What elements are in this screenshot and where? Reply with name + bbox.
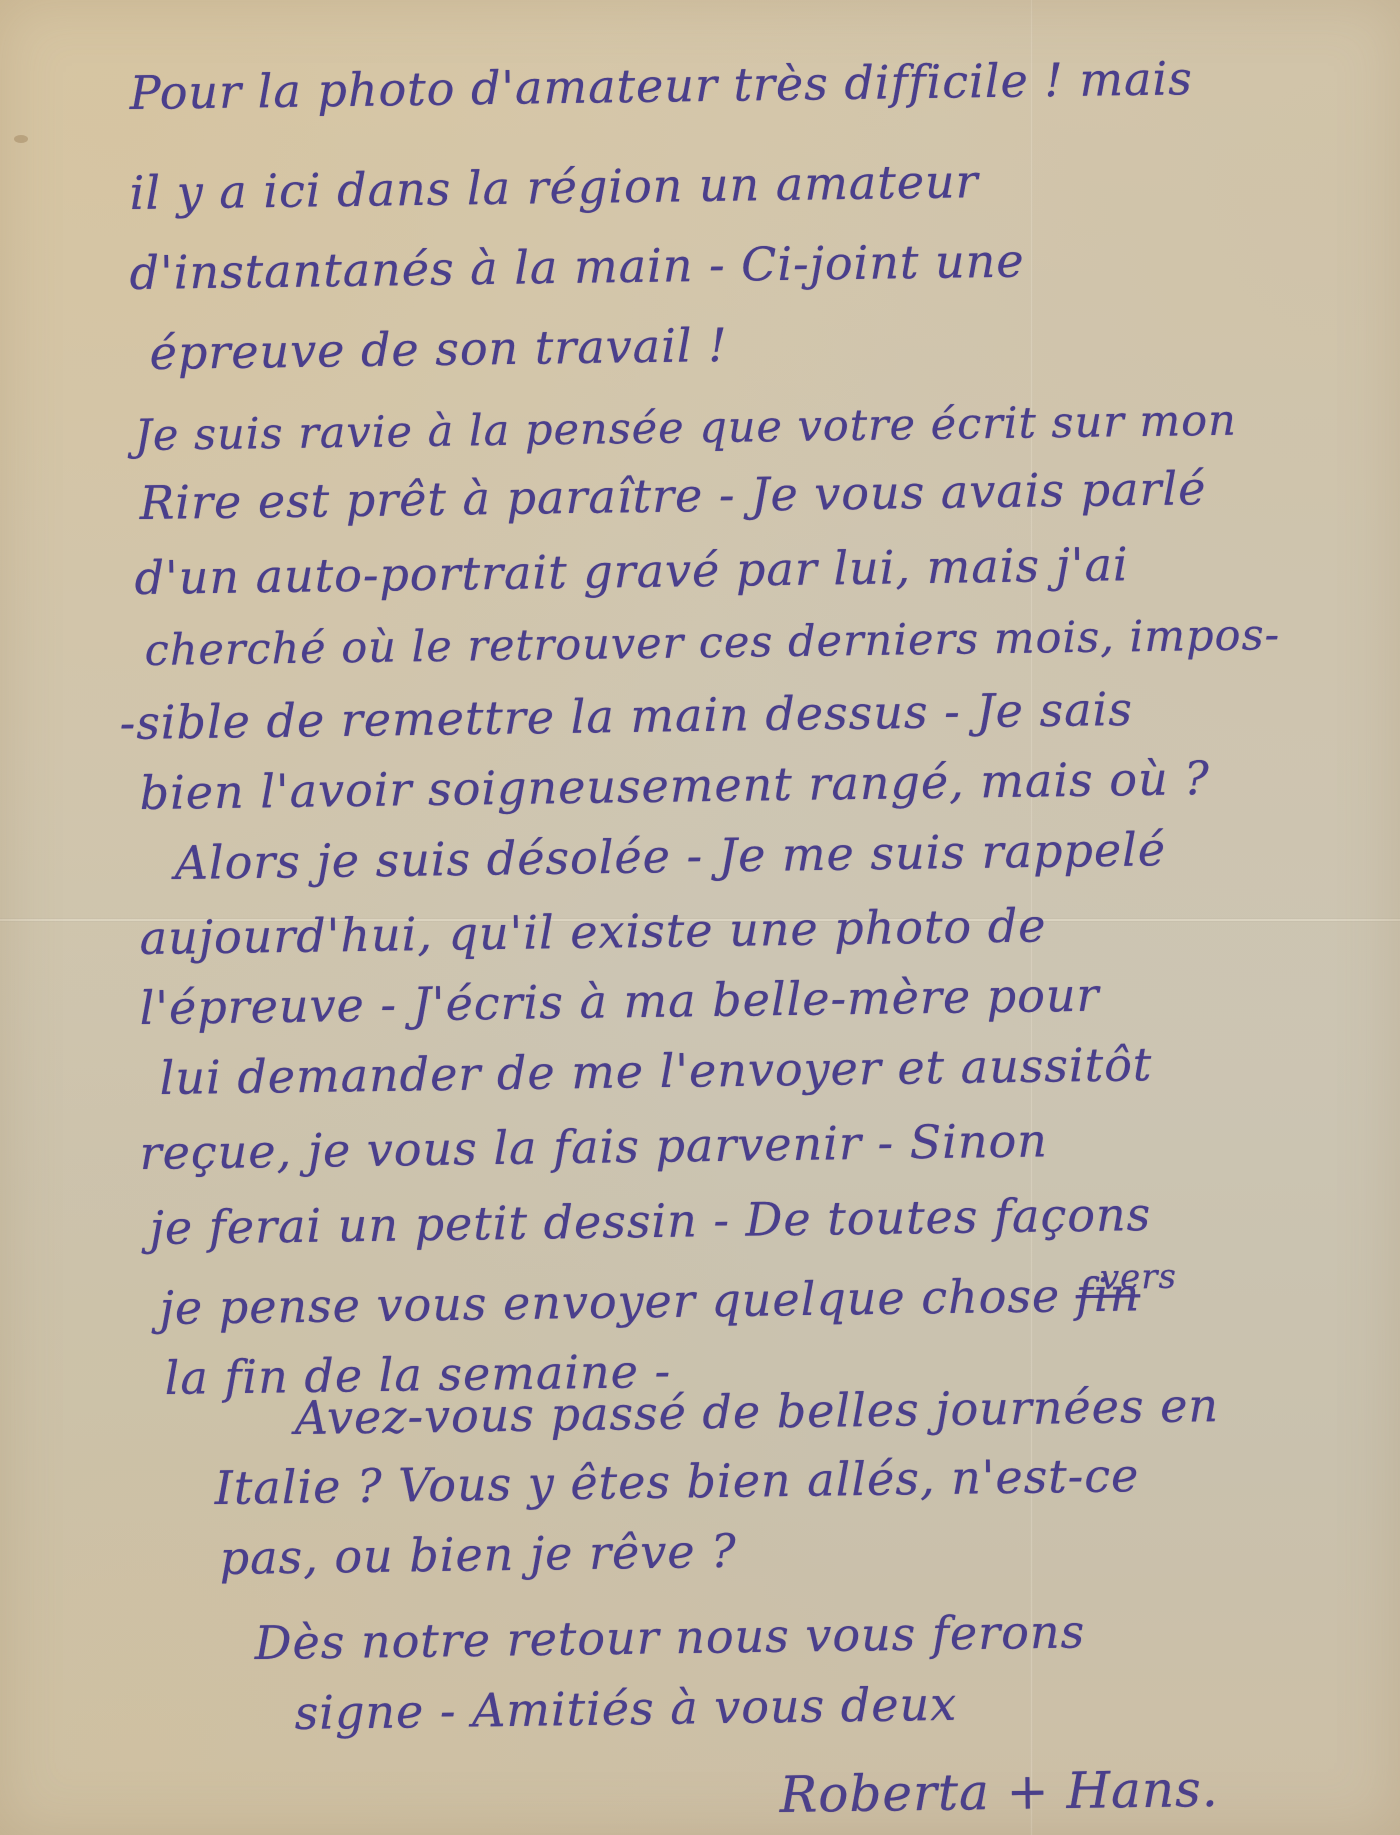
letter-line-16: je ferai un petit dessin - De toutes faç… <box>149 1191 1151 1251</box>
signature: Roberta + Hans. <box>779 1764 1219 1820</box>
letter-line-17-text: je pense vous envoyer quelque chose <box>159 1268 1060 1335</box>
letter-line-17: je pense vous envoyer quelque chose finv… <box>159 1271 1177 1331</box>
letter-line-15: reçue, je vous la fais parvenir - Sinon <box>139 1117 1048 1176</box>
letter-line-6: Rire est prêt à paraître - Je vous avais… <box>139 465 1206 526</box>
letter-line-2: il y a ici dans la région un amateur <box>129 158 979 216</box>
inserted-correction: vers <box>1100 1257 1178 1298</box>
letter-line-9: -sible de remettre la main dessus - Je s… <box>119 686 1133 746</box>
letter-line-3: d'instantanés à la main - Ci-joint une <box>129 238 1024 296</box>
letter-line-22: Dès notre retour nous vous ferons <box>254 1608 1085 1666</box>
letter-line-23: signe - Amitiés à vous deux <box>294 1681 957 1736</box>
letter-line-13: l'épreuve - J'écris à ma belle-mère pour <box>139 972 1099 1031</box>
letter-line-20: Italie ? Vous y êtes bien allés, n'est-c… <box>214 1452 1139 1511</box>
letter-line-4: épreuve de son travail ! <box>149 322 728 376</box>
letter-line-5: Je suis ravie à la pensée que votre écri… <box>134 400 1237 458</box>
letter-line-8: cherché où le retrouver ces derniers moi… <box>144 614 1280 673</box>
paper-stain <box>14 135 28 143</box>
letter-line-14: lui demander de me l'envoyer et aussitôt <box>159 1041 1152 1101</box>
letter-line-10: bien l'avoir soigneusement rangé, mais o… <box>139 755 1210 816</box>
letter-line-19: Avez-vous passé de belles journées en <box>294 1382 1219 1441</box>
letter-line-21: pas, ou bien je rêve ? <box>219 1528 737 1581</box>
letter-line-11: Alors je suis désolée - Je me suis rappe… <box>174 826 1166 886</box>
letter-line-7: d'un auto-portrait gravé par lui, mais j… <box>134 541 1129 601</box>
letter-line-1: Pour la photo d'amateur très difficile !… <box>129 55 1193 116</box>
letter-line-12: aujourd'hui, qu'il existe une photo de <box>139 902 1046 961</box>
letter-page: Pour la photo d'amateur très difficile !… <box>0 0 1400 1835</box>
